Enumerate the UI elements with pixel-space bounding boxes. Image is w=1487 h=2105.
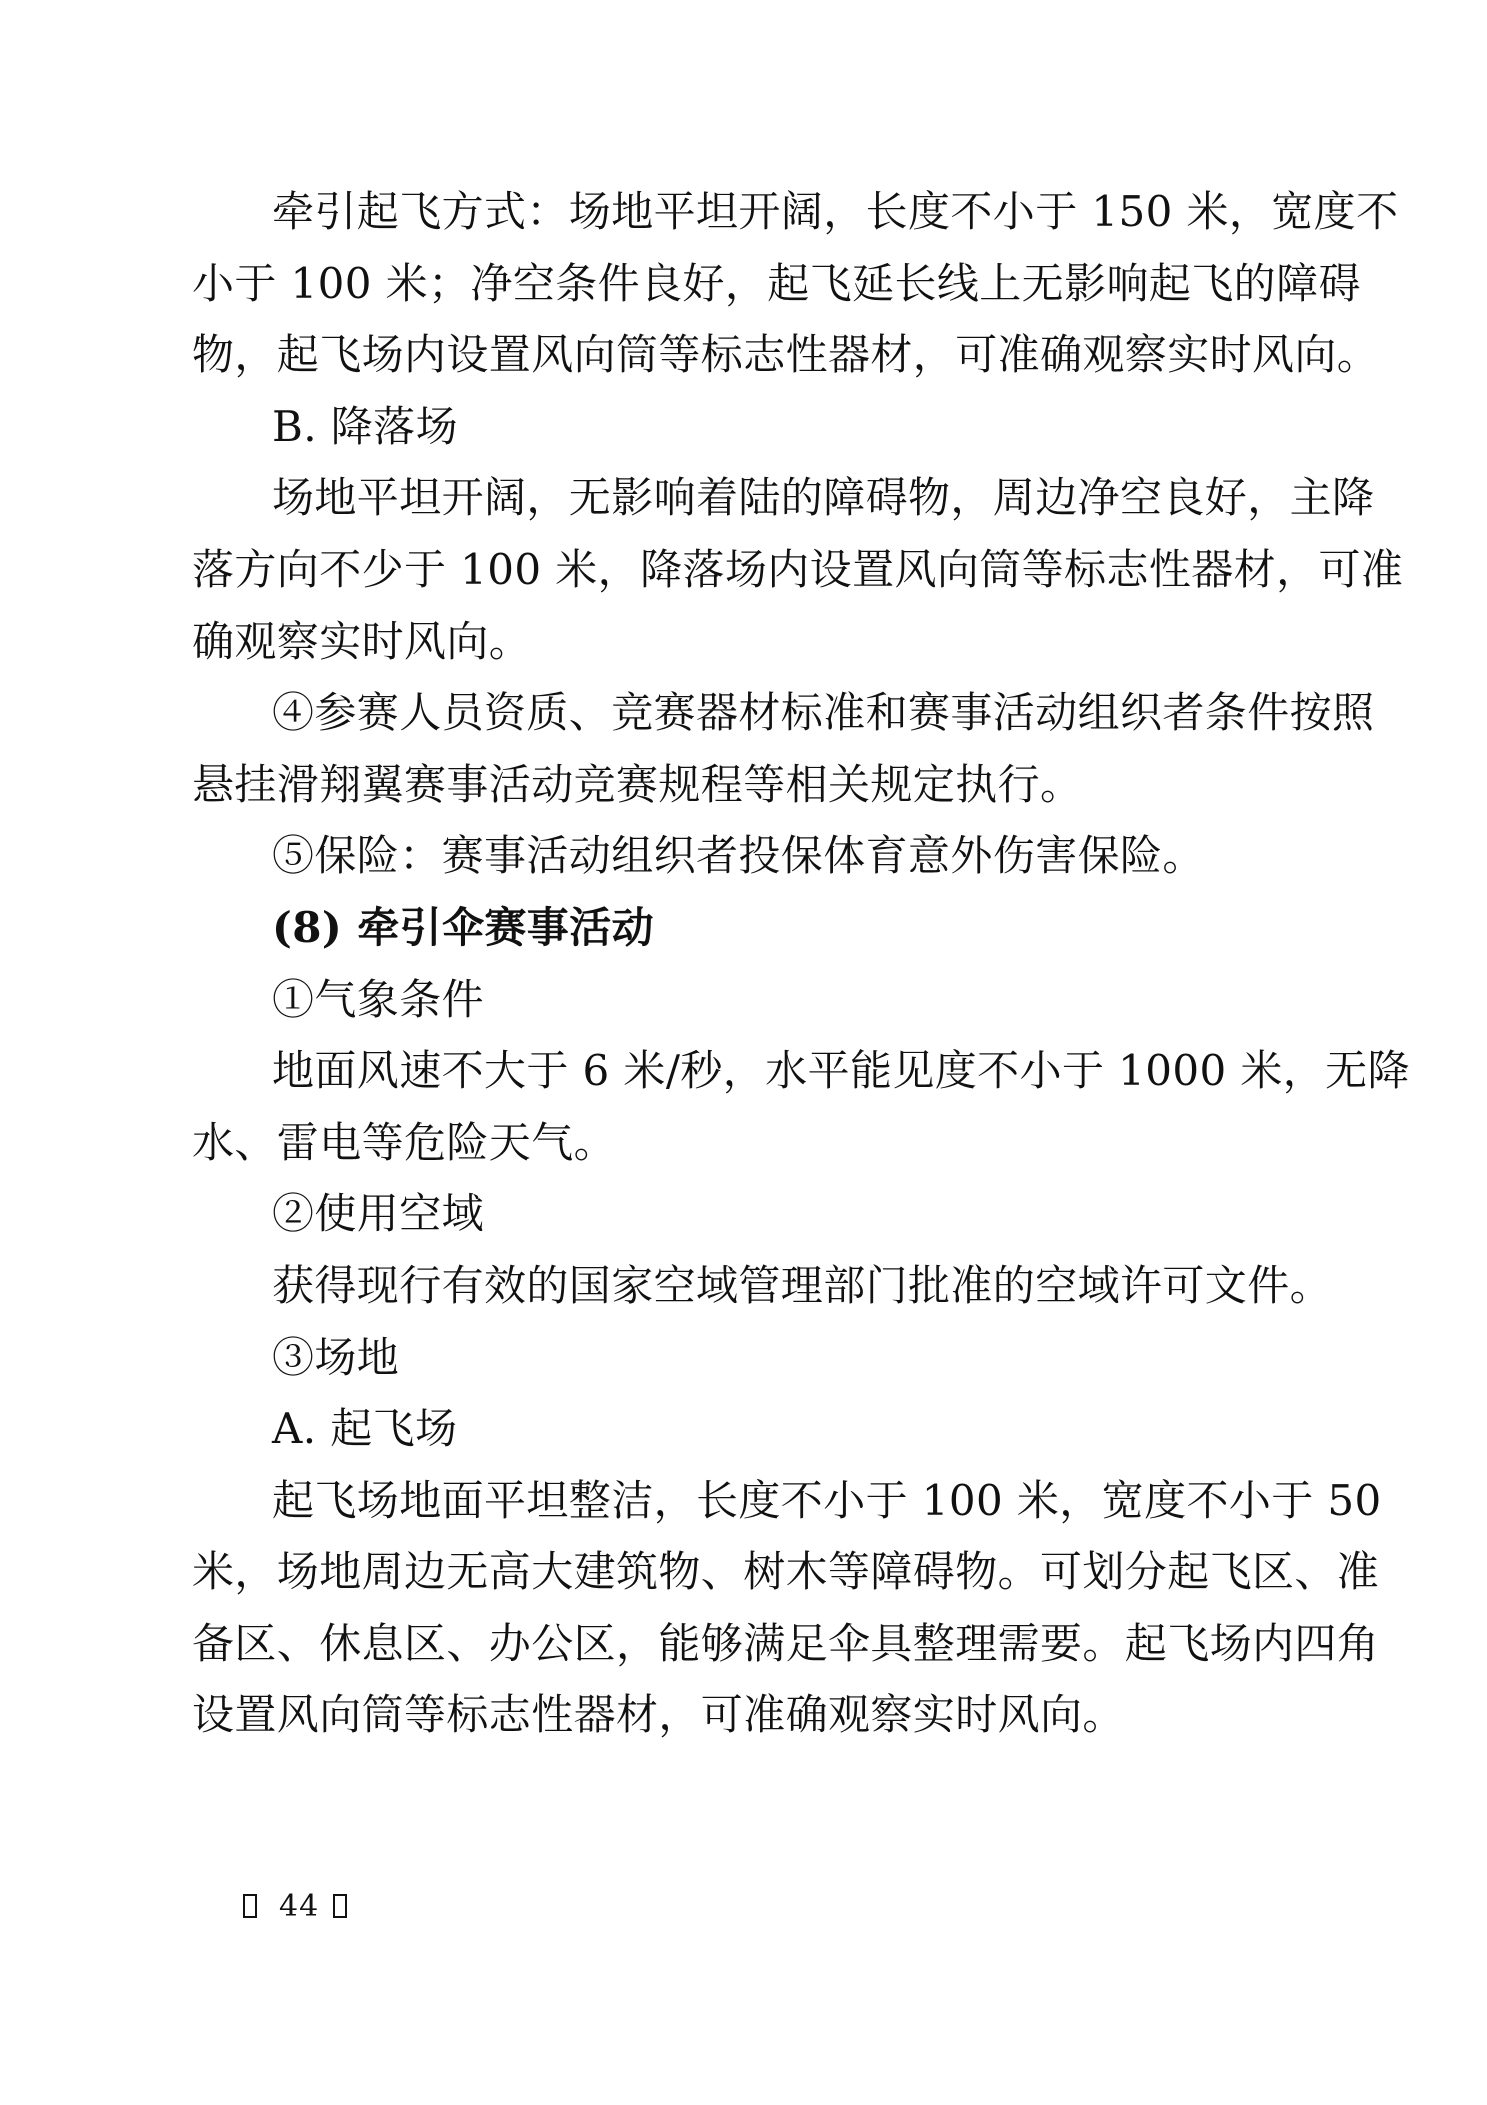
list-item-3: ③场地 bbox=[192, 1322, 1302, 1394]
text-line: 备区、休息区、办公区，能够满足伞具整理需要。起飞场内四角 bbox=[192, 1608, 1302, 1680]
section-heading: (8) 牵引伞赛事活动 bbox=[192, 892, 1302, 964]
text-line: 米，场地周边无高大建筑物、树木等障碍物。可划分起飞区、准 bbox=[192, 1536, 1302, 1608]
text-line: 物，起飞场内设置风向筒等标志性器材，可准确观察实时风向。 bbox=[192, 319, 1302, 391]
text-line: 获得现行有效的国家空域管理部门批准的空域许可文件。 bbox=[192, 1250, 1302, 1322]
text-line: 悬挂滑翔翼赛事活动竞赛规程等相关规定执行。 bbox=[192, 749, 1302, 821]
text-line: 小于 100 米；净空条件良好，起飞延长线上无影响起飞的障碍 bbox=[192, 248, 1302, 320]
paragraph: 牵引起飞方式：场地平坦开阔，长度不小于 150 米，宽度不 小于 100 米；净… bbox=[192, 176, 1302, 391]
paragraph: 场地平坦开阔，无影响着陆的障碍物，周边净空良好，主降 落方向不少于 100 米，… bbox=[192, 462, 1302, 677]
paragraph: 起飞场地面平坦整洁，长度不小于 100 米，宽度不小于 50 米，场地周边无高大… bbox=[192, 1465, 1302, 1751]
text-line: 设置风向筒等标志性器材，可准确观察实时风向。 bbox=[192, 1679, 1302, 1751]
missing-glyph-box-icon bbox=[333, 1894, 347, 1918]
page-footer: 44 bbox=[243, 1876, 347, 1936]
text-line: 牵引起飞方式：场地平坦开阔，长度不小于 150 米，宽度不 bbox=[192, 176, 1302, 248]
paragraph: 地面风速不大于 6 米/秒，水平能见度不小于 1000 米，无降 水、雷电等危险… bbox=[192, 1035, 1302, 1178]
text-line: ③场地 bbox=[192, 1322, 1302, 1394]
missing-glyph-box-icon bbox=[243, 1894, 257, 1918]
list-item-2: ②使用空域 bbox=[192, 1178, 1302, 1250]
text-line: A. 起飞场 bbox=[192, 1393, 1302, 1465]
text-line: 确观察实时风向。 bbox=[192, 606, 1302, 678]
list-item-4: ④参赛人员资质、竞赛器材标准和赛事活动组织者条件按照 悬挂滑翔翼赛事活动竞赛规程… bbox=[192, 677, 1302, 820]
sub-heading-takeoff-field: A. 起飞场 bbox=[192, 1393, 1302, 1465]
section-heading-text: (8) 牵引伞赛事活动 bbox=[192, 892, 1302, 964]
text-line: B. 降落场 bbox=[192, 391, 1302, 463]
text-line: 水、雷电等危险天气。 bbox=[192, 1107, 1302, 1179]
text-line: 地面风速不大于 6 米/秒，水平能见度不小于 1000 米，无降 bbox=[192, 1035, 1302, 1107]
text-line: 起飞场地面平坦整洁，长度不小于 100 米，宽度不小于 50 bbox=[192, 1465, 1302, 1537]
text-line: ②使用空域 bbox=[192, 1178, 1302, 1250]
paragraph: 获得现行有效的国家空域管理部门批准的空域许可文件。 bbox=[192, 1250, 1302, 1322]
text-line: 落方向不少于 100 米，降落场内设置风向筒等标志性器材，可准 bbox=[192, 534, 1302, 606]
text-line: ①气象条件 bbox=[192, 964, 1302, 1036]
text-line: 场地平坦开阔，无影响着陆的障碍物，周边净空良好，主降 bbox=[192, 462, 1302, 534]
document-page: 牵引起飞方式：场地平坦开阔，长度不小于 150 米，宽度不 小于 100 米；净… bbox=[0, 0, 1487, 2105]
page-number: 44 bbox=[279, 1889, 319, 1924]
text-line: ④参赛人员资质、竞赛器材标准和赛事活动组织者条件按照 bbox=[192, 677, 1302, 749]
list-item-1: ①气象条件 bbox=[192, 964, 1302, 1036]
text-line: ⑤保险：赛事活动组织者投保体育意外伤害保险。 bbox=[192, 820, 1302, 892]
list-item-5: ⑤保险：赛事活动组织者投保体育意外伤害保险。 bbox=[192, 820, 1302, 892]
sub-heading-landing-field: B. 降落场 bbox=[192, 391, 1302, 463]
document-body: 牵引起飞方式：场地平坦开阔，长度不小于 150 米，宽度不 小于 100 米；净… bbox=[192, 176, 1302, 1751]
